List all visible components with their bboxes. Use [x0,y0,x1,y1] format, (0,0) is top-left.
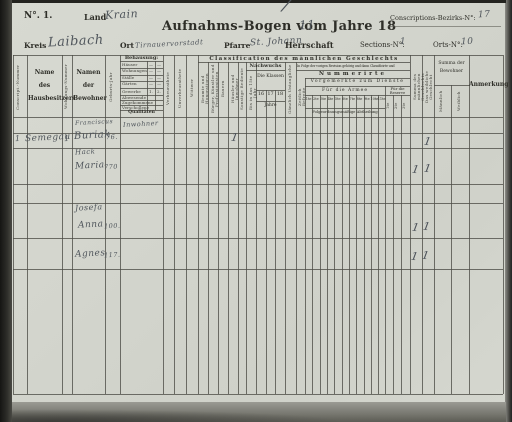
armee-header: Für die Armee [305,89,385,94]
grid-line-v [275,90,276,394]
reserve-class-cell: 3te [403,97,407,115]
behausung-row-label: Gärten [122,82,137,86]
col-header-dwelling-number: Wohnungs-Nummer [64,60,68,114]
nachwuchs-year: 17 [266,92,275,98]
col-header-residents: Namen der Bewohner [73,66,104,105]
grid-line-v [198,55,199,394]
entry-resident-year: 76. [106,133,118,142]
grid-line-v [349,95,350,394]
orts-label: Orts-N°: [433,42,463,50]
grid-line-h [13,238,503,239]
col-header-birth-year: Geburts-Jahr [109,60,113,114]
nummerirte-header: Nummerirte [296,71,410,77]
col-header-unfit: Gänzlich Untaugliche [288,64,292,114]
grid-line-v [285,62,286,394]
grid-line-h [13,394,503,395]
grid-line-v [371,95,372,394]
grid-line-v [334,95,335,394]
armee-class-cell: 5te [334,98,341,102]
col-header-female: Das weibliche Geschlecht [425,60,433,114]
reserve-header: Für die Reserve [385,87,410,95]
grid-line-v [266,90,267,394]
behausung-row-value: — [149,76,153,80]
behausung-subcol: 1. [149,90,153,94]
reserve-class-cell: 2te [395,97,399,115]
behausung-row-label: Häuser [122,63,137,67]
entry-house-number: 1 [15,134,21,143]
entry-resident-year: 770 [104,163,118,172]
armee-class-cell: 8te [356,98,363,102]
entry-resident-firstname: Hack [75,147,96,156]
sections-value: 1 [400,37,407,47]
classification-title: Classification des männlichen Geschlecht… [198,56,410,62]
behausung-row-label: Ställe [122,76,134,80]
grid-line-v [356,95,357,394]
nachwuchs-klassen-label: Die Klassen [256,75,285,80]
grid-line-v [378,95,379,394]
grid-line-v [364,95,365,394]
col-header-unmarried: Unverheurathete [178,62,182,114]
col-header-owner: Name des Hausbesitzers [28,66,61,105]
nachwuchs-year: 18 [275,92,285,98]
col-header-house-number: Conscript.-Nummer [16,60,20,114]
behausung-row-value: — [157,82,161,86]
armee-class-cell: 3te [320,98,327,102]
orts-value: 10 [461,37,474,48]
grid-line-v [393,95,394,394]
entry-resident-name: Anna [78,219,104,230]
col-header-married: Verheurathete [166,62,170,114]
grid-line-v [342,95,343,394]
sum-residents-header: Summa der Bewohner [434,60,469,76]
qualitaeten-header: Qualitäten [120,111,163,116]
ort-label: Ort [120,42,134,50]
grid-line-v [327,95,328,394]
class-col-2: Bürger, Künstler und Professionisten [211,64,219,114]
grid-line-h [256,101,285,102]
armee-class-cell: 7te [349,98,356,102]
kreis-label: Kreis [24,42,46,50]
armee-class-cell: 9te [363,98,370,102]
kreis-value-handwritten: Laibach [48,33,104,51]
col-header-sum-maennlich: Männlich [439,88,443,115]
grid-line-v [503,55,504,394]
grid-line-v [320,95,321,394]
grid-line-h [13,184,503,185]
grid-line-v [186,55,187,394]
land-label: Land [84,13,106,22]
behausung-row-value: — [157,63,161,67]
pfarre-label: Pfarre [224,42,250,50]
grid-line-v [174,55,175,394]
grid-line-v [410,55,411,394]
entry-resident-name: Agnes [75,248,106,260]
grid-line-v [228,62,229,394]
behausung-subcol: 2. [157,90,161,94]
entry-resident-firstname: Josefa [75,202,103,212]
class-col-1: Beamte und Honoratioren [201,64,209,114]
armee-class-cell: 1te [305,98,312,102]
grid-line-v [305,78,306,394]
grid-line-h [13,117,503,118]
scan-edge-right [505,0,512,422]
revision-note: In Folge der vorigen Revision gehörig un… [297,64,389,68]
nachwuchs-jahre-label: Jahre [256,104,285,109]
scan-edge-top [12,0,506,3]
grid-line-v [246,62,247,394]
grid-line-v [469,55,470,394]
armee-class-cell: 6te [341,98,348,102]
nachwuchs-title: Nachwuchs [246,64,285,70]
behausung-row-value: — [157,69,161,73]
form-title: Aufnahms-Bogen vom Jahre 18 [162,20,396,34]
class-col-4: Häusler und Inwohner [231,64,239,114]
header-rule [388,26,501,27]
sections-label: Sections-N°: [360,42,405,50]
grid-line-h [13,269,503,270]
col-header-widowers: Wittwer [190,62,194,114]
behausung-row-value: — [149,63,153,67]
grid-line-v [13,55,14,394]
scan-edge-bottom [12,402,506,422]
grid-line-v [72,55,73,394]
conscription-district-value: 17 [478,10,491,21]
form-number: N°. 1. [24,12,52,22]
entry-resident-year: 117. [104,251,121,260]
scanned-form-page: N°. 1. Land Krain Aufnahms-Bogen vom Jah… [0,0,512,422]
entry-resident-year: 100. [104,222,121,231]
grid-line-v [434,55,435,394]
class-col-5: Sonstige Bediente [240,64,244,114]
grid-line-h [434,85,469,86]
col-header-exempt: Zeitlich Befreite [298,80,306,114]
entry-dwelling-number: 1 [64,134,70,143]
class-col-3: Bauern [221,64,225,114]
conscription-district-label: Conscriptions-Bezirks-N°: [390,15,476,22]
reserve-class-cell: 1te [387,97,391,115]
behausung-row-value: — [149,82,153,86]
behausung-title: Behausung: [120,56,163,62]
vorgemerkt-header: Vorgemerkte zum Dienste [305,80,410,85]
title-year-handwritten: 11 [299,18,316,33]
abtheilung-label: Folgeordnungsmäßige Abtheilung [305,110,385,114]
behausung-row-value: — [157,76,161,80]
armee-class-cell: 10te [370,98,377,102]
behausung-subtitle: Gewerbe [122,90,141,94]
grid-line-v [401,95,402,394]
grid-line-h [246,70,285,71]
entry-resident-name: Maria [75,160,105,172]
behausung-row-label: Wohnungen [122,69,147,73]
behausung-row-value: — [149,69,153,73]
grid-line-v [296,62,297,394]
armee-class-cell: 4te [327,98,334,102]
grid-line-v [163,55,164,394]
land-value-handwritten: Krain [105,7,139,22]
grid-line-v [312,95,313,394]
armee-class-cell: 11te [378,98,385,102]
col-header-sum-weiblich: Weiblich [457,88,461,115]
nachwuchs-year: 16 [256,92,266,98]
anmerkung-header: Anmerkung [469,82,503,89]
herrschaft-label: Herrschaft [285,41,334,50]
grid-line-v [27,55,28,394]
grid-line-v [451,85,452,394]
scan-edge-left [0,0,12,422]
armee-class-cell: 2te [312,98,319,102]
